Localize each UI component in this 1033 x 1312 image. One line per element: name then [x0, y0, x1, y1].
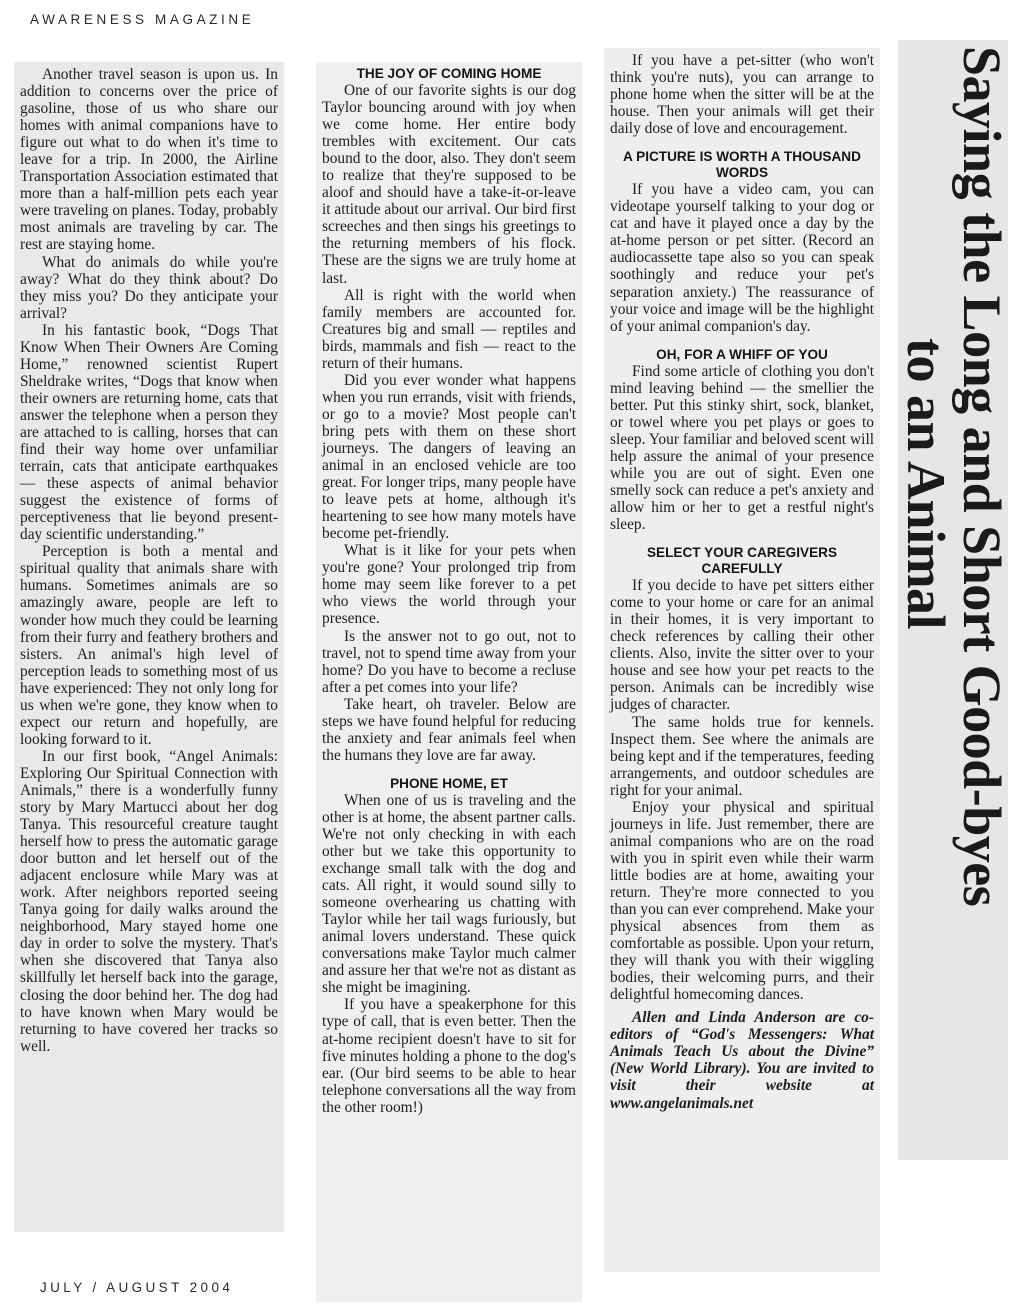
article-column-2: THE JOY OF COMING HOME One of our favori… — [316, 62, 582, 1302]
paragraph: If you have a speakerphone for this type… — [322, 996, 576, 1115]
paragraph: All is right with the world when family … — [322, 287, 576, 372]
paragraph: What is it like for your pets when you'r… — [322, 542, 576, 627]
paragraph: If you have a pet-sitter (who won't thin… — [610, 52, 874, 137]
title-line-2: to an Animal — [898, 46, 954, 1176]
paragraph: Take heart, oh traveler. Below are steps… — [322, 696, 576, 764]
paragraph: In our first book, “Angel Animals: Explo… — [20, 748, 278, 1055]
article-title: Saying the Long and Short Good-byes to a… — [898, 46, 1010, 1176]
section-heading: THE JOY OF COMING HOME — [322, 66, 576, 82]
paragraph: The same holds true for kennels. Inspect… — [610, 714, 874, 799]
paragraph: Perception is both a mental and spiritua… — [20, 543, 278, 748]
masthead: AWARENESS MAGAZINE — [30, 12, 254, 27]
paragraph: When one of us is traveling and the othe… — [322, 792, 576, 997]
title-line-1: Saying the Long and Short Good-byes — [954, 46, 1010, 1176]
paragraph: If you decide to have pet sitters either… — [610, 577, 874, 713]
paragraph: Enjoy your physical and spiritual journe… — [610, 799, 874, 1004]
paragraph: Did you ever wonder what happens when yo… — [322, 372, 576, 542]
paragraph: Is the answer not to go out, not to trav… — [322, 628, 576, 696]
paragraph: Find some article of clothing you don't … — [610, 363, 874, 533]
paragraph: What do animals do while you're away? Wh… — [20, 254, 278, 322]
article-column-1: Another travel season is upon us. In add… — [14, 62, 284, 1232]
author-byline: Allen and Linda Anderson are co-editors … — [610, 1009, 874, 1111]
paragraph: In his fantastic book, “Dogs That Know W… — [20, 322, 278, 544]
section-heading: PHONE HOME, ET — [322, 776, 576, 792]
issue-date: JULY / AUGUST 2004 — [40, 1280, 233, 1295]
section-heading: SELECT YOUR CAREGIVERS CAREFULLY — [610, 545, 874, 577]
article-column-3: If you have a pet-sitter (who won't thin… — [604, 48, 880, 1272]
paragraph: One of our favorite sights is our dog Ta… — [322, 82, 576, 287]
section-heading: OH, FOR A WHIFF OF YOU — [610, 347, 874, 363]
section-heading: A PICTURE IS WORTH A THOUSAND WORDS — [610, 149, 874, 181]
paragraph: Another travel season is upon us. In add… — [20, 66, 278, 254]
paragraph: If you have a video cam, you can videota… — [610, 181, 874, 334]
